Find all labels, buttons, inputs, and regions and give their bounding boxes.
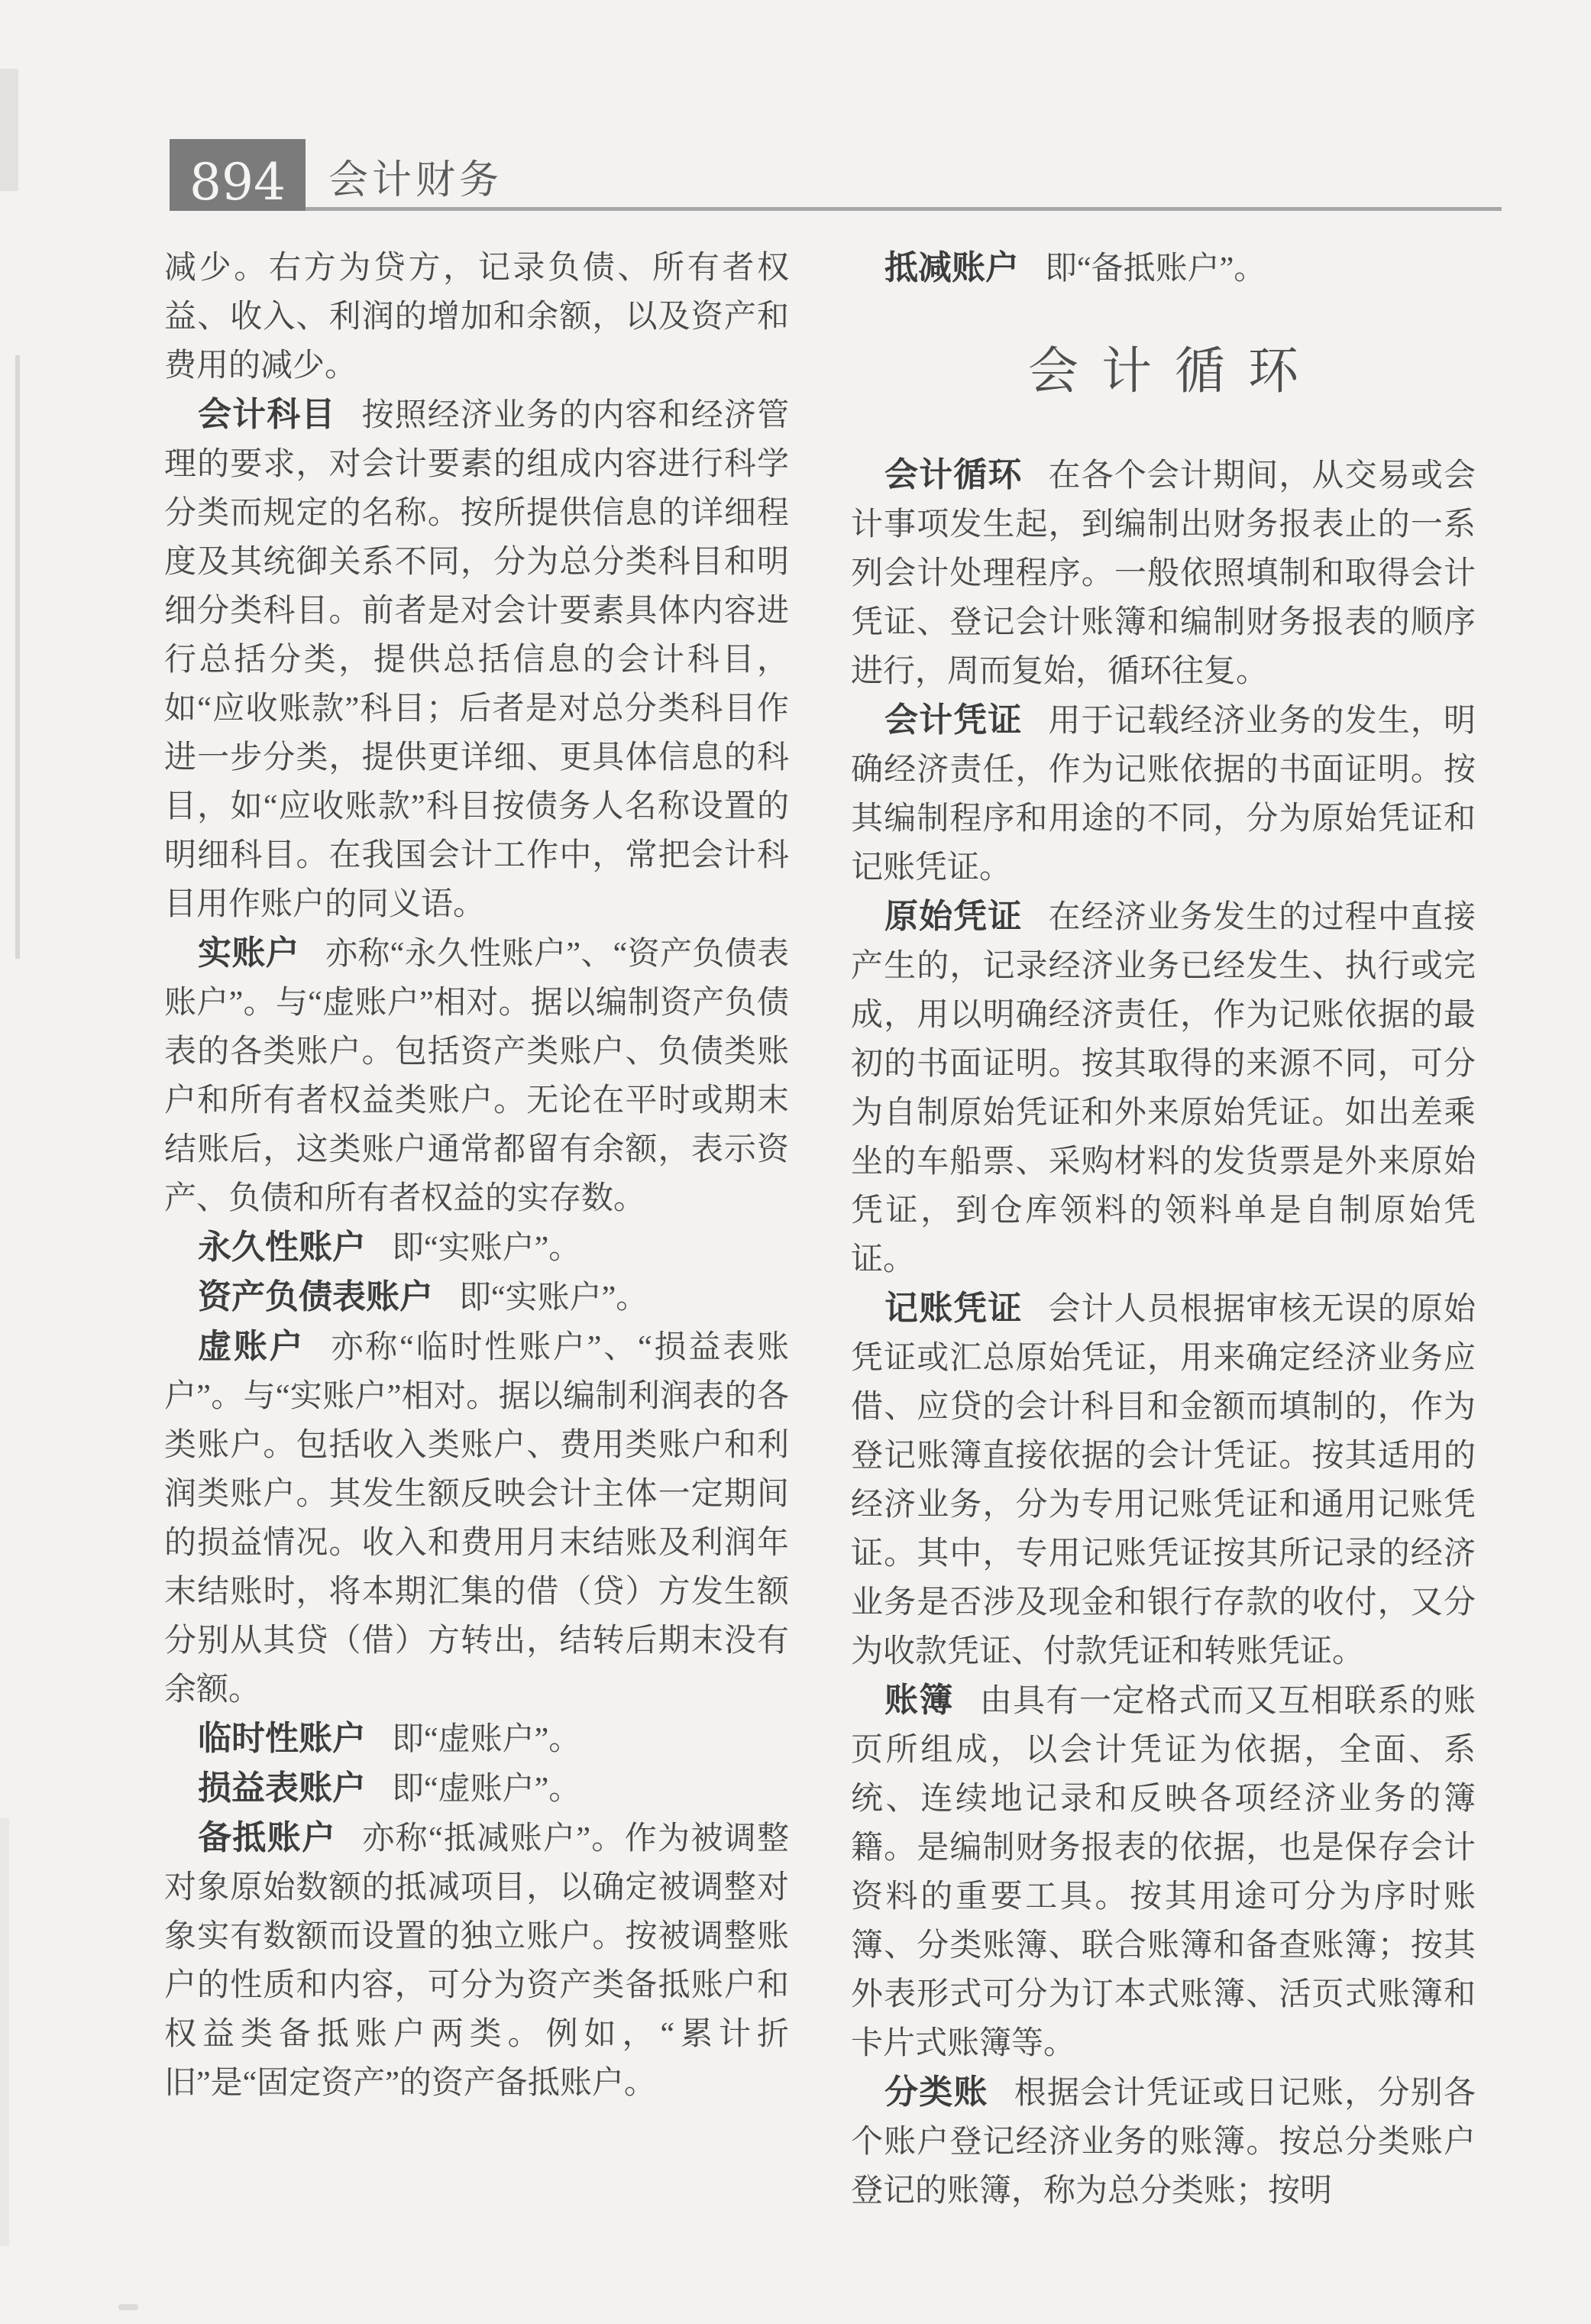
dictionary-entry: 虚账户亦称“临时性账户”、“损益表账户”。与“实账户”相对。据以编制利润表的各类… <box>164 1322 789 1714</box>
entry-term: 临时性账户 <box>198 1720 366 1757</box>
dictionary-entry: 减少。右方为贷方，记录负债、所有者权益、收入、利润的增加和余额，以及资产和费用的… <box>164 244 789 390</box>
entry-text: 由具有一定格式而又互相联系的账页所组成，以会计凭证为依据，全面、系统、连续地记录… <box>851 1684 1476 2061</box>
entry-text: 按照经济业务的内容和经济管理的要求，对会计要素的组成内容进行科学分类而规定的名称… <box>164 398 789 922</box>
entry-text: 会计人员根据审核无误的原始凭证或汇总原始凭证，用来确定经济业务应借、应贷的会计科… <box>851 1292 1476 1669</box>
entry-text: 即“实账户”。 <box>459 1280 648 1316</box>
dictionary-entry: 损益表账户即“虚账户”。 <box>164 1764 789 1814</box>
dictionary-entry: 会计循环在各个会计期间，从交易或会计事项发生起，到编制出财务报表止的一系列会计处… <box>851 451 1476 696</box>
entry-text: 减少。右方为贷方，记录负债、所有者权益、收入、利润的增加和余额，以及资产和费用的… <box>164 251 789 384</box>
entry-term: 原始凭证 <box>884 898 1023 935</box>
dictionary-entry: 资产负债表账户即“实账户”。 <box>164 1273 789 1322</box>
dictionary-entry: 账簿由具有一定格式而又互相联系的账页所组成，以会计凭证为依据，全面、系统、连续地… <box>851 1676 1476 2068</box>
entry-text: 亦称“抵减账户”。作为被调整对象原始数额的抵减项目，以确定被调整对象实有数额而设… <box>164 1821 789 2101</box>
entry-term: 会计凭证 <box>884 701 1023 739</box>
header-rule <box>306 207 1502 211</box>
entry-text: 即“虚账户”。 <box>392 1772 580 1807</box>
dictionary-entry: 备抵账户亦称“抵减账户”。作为被调整对象原始数额的抵减项目，以确定被调整对象实有… <box>164 1814 789 2108</box>
entry-text: 即“实账户”。 <box>392 1231 580 1266</box>
entry-term: 会计科目 <box>198 396 336 433</box>
dictionary-entry: 记账凭证会计人员根据审核无误的原始凭证或汇总原始凭证，用来确定经济业务应借、应贷… <box>851 1284 1476 1676</box>
dictionary-entry: 实账户亦称“永久性账户”、“资产负债表账户”。与“虚账户”相对。据以编制资产负债… <box>164 929 789 1223</box>
dictionary-entry: 会计凭证用于记载经济业务的发生，明确经济责任，作为记账依据的书面证明。按其编制程… <box>851 696 1476 892</box>
scan-artifact-left-line <box>15 355 20 959</box>
entry-text: 亦称“临时性账户”、“损益表账户”。与“实账户”相对。据以编制利润表的各类账户。… <box>164 1330 789 1707</box>
entry-term: 抵减账户 <box>884 249 1019 286</box>
scan-smudge <box>118 2304 138 2310</box>
dictionary-entry: 会计科目按照经济业务的内容和经济管理的要求，对会计要素的组成内容进行科学分类而规… <box>164 390 789 929</box>
entry-term: 账簿 <box>884 1682 954 1719</box>
section-heading: 会计循环 <box>1005 348 1321 397</box>
dictionary-entry: 临时性账户即“虚账户”。 <box>164 1714 789 1764</box>
dictionary-entry: 永久性账户即“实账户”。 <box>164 1223 789 1273</box>
left-column: 减少。右方为贷方，记录负债、所有者权益、收入、利润的增加和余额，以及资产和费用的… <box>164 244 789 2108</box>
entry-term: 虚账户 <box>198 1328 305 1365</box>
page-number-box: 894 <box>170 139 306 211</box>
entry-term: 损益表账户 <box>198 1769 366 1807</box>
entry-term: 备抵账户 <box>198 1819 336 1856</box>
entry-text: 亦称“永久性账户”、“资产负债表账户”。与“虚账户”相对。据以编制资产负债表的各… <box>164 937 789 1216</box>
entry-text: 即“备抵账户”。 <box>1045 251 1266 286</box>
entry-term: 记账凭证 <box>884 1290 1023 1327</box>
scan-artifact-top-left <box>0 69 18 191</box>
entry-text: 在经济业务发生的过程中直接产生的，记录经济业务已经发生、执行或完成，用以明确经济… <box>851 900 1476 1277</box>
entry-term: 会计循环 <box>884 456 1023 494</box>
section-heading-block: 会计循环 <box>851 293 1476 451</box>
page-number: 894 <box>189 157 286 208</box>
dictionary-page: 894 会计财务 减少。右方为贷方，记录负债、所有者权益、收入、利润的增加和余额… <box>0 0 1591 2324</box>
entry-term: 资产负债表账户 <box>198 1278 433 1316</box>
dictionary-entry: 原始凭证在经济业务发生的过程中直接产生的，记录经济业务已经发生、执行或完成，用以… <box>851 892 1476 1284</box>
entry-term: 分类账 <box>884 2073 988 2111</box>
dictionary-entry: 抵减账户即“备抵账户”。 <box>851 244 1476 293</box>
right-column: 抵减账户即“备抵账户”。会计循环会计循环在各个会计期间，从交易或会计事项发生起，… <box>851 244 1476 2216</box>
entry-term: 永久性账户 <box>198 1228 366 1266</box>
dictionary-entry: 分类账根据会计凭证或日记账，分别各个账户登记经济业务的账簿。按总分类账户登记的账… <box>851 2068 1476 2216</box>
scan-artifact-bottom-left <box>0 1818 9 2246</box>
entry-text: 即“虚账户”。 <box>392 1722 580 1757</box>
entry-term: 实账户 <box>198 934 299 972</box>
section-label: 会计财务 <box>328 159 503 202</box>
